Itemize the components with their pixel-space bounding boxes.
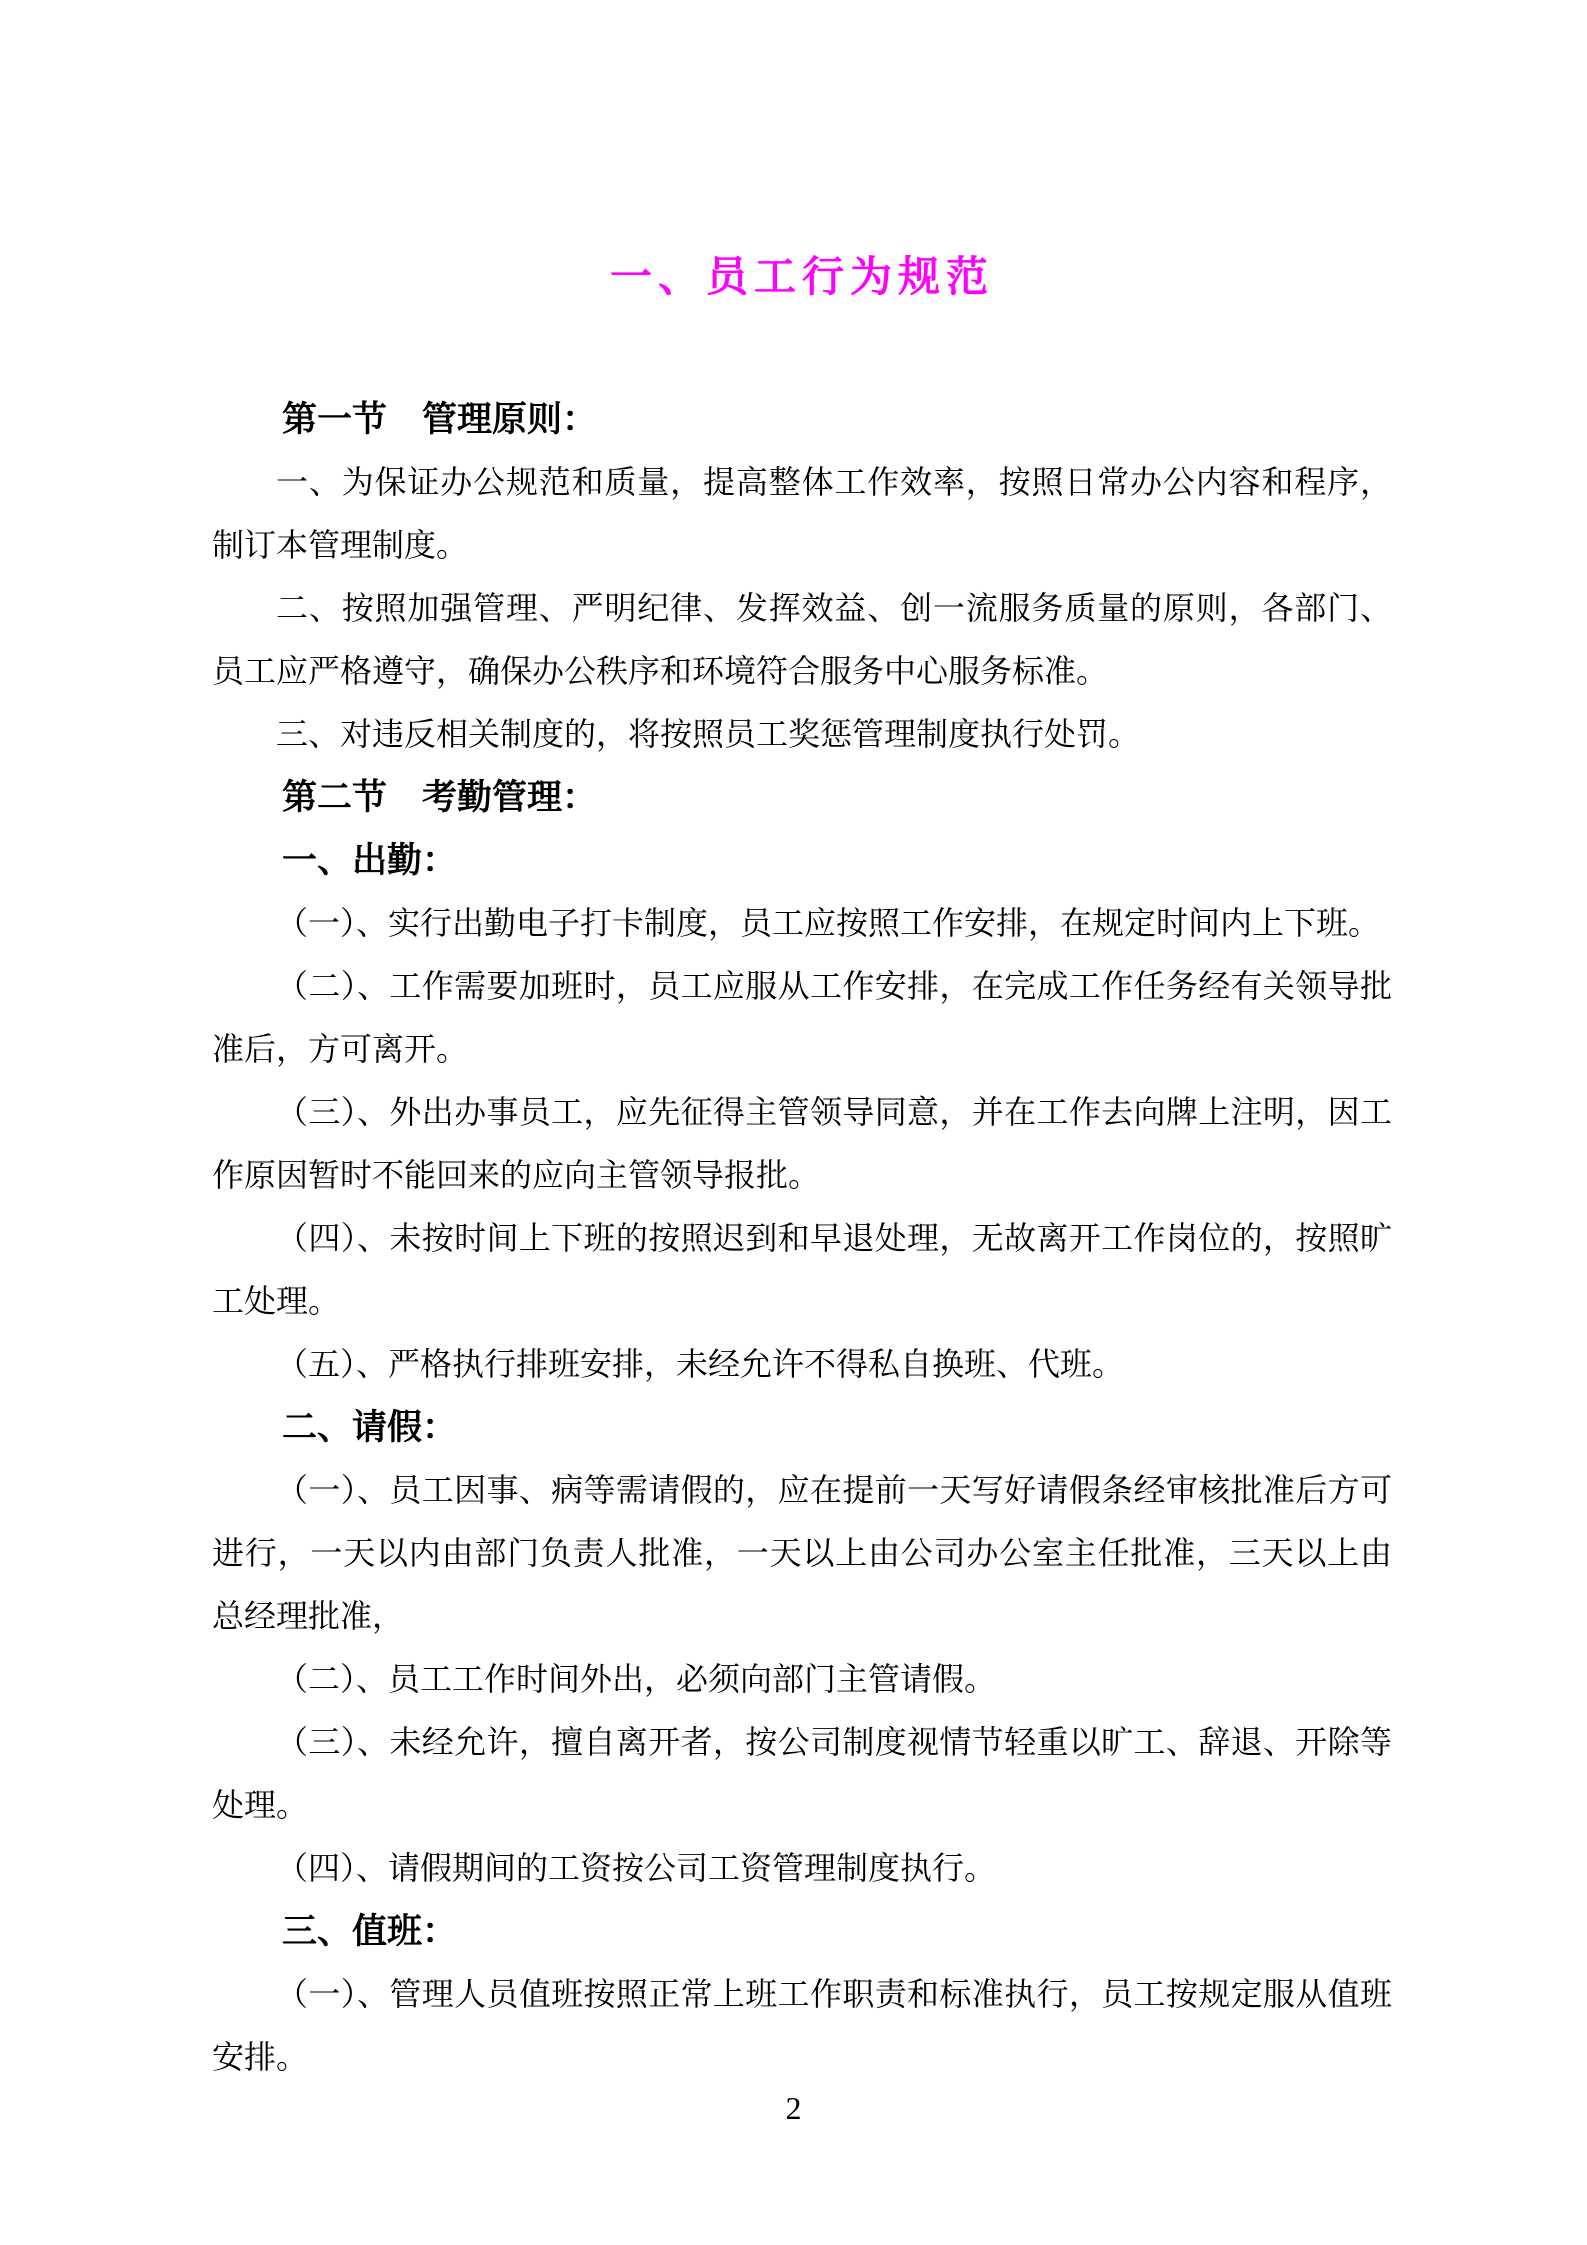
paragraph: （一）、实行出勤电子打卡制度，员工应按照工作安排，在规定时间内上下班。 [212, 892, 1392, 955]
sub-heading: 一、出勤： [212, 829, 1392, 892]
document-content: 第一节 管理原则：一、为保证办公规范和质量，提高整体工作效率，按照日常办公内容和… [212, 388, 1392, 2089]
paragraph: （四）、请假期间的工资按公司工资管理制度执行。 [212, 1837, 1392, 1900]
document-page: 一、员工行为规范 第一节 管理原则：一、为保证办公规范和质量，提高整体工作效率，… [0, 0, 1587, 2245]
paragraph: （二）、工作需要加班时，员工应服从工作安排，在完成工作任务经有关领导批准后，方可… [212, 955, 1392, 1081]
paragraph: （五）、严格执行排班安排，未经允许不得私自换班、代班。 [212, 1333, 1392, 1396]
paragraph: 一、为保证办公规范和质量，提高整体工作效率，按照日常办公内容和程序，制订本管理制… [212, 451, 1392, 577]
paragraph: （一）、管理人员值班按照正常上班工作职责和标准执行，员工按规定服从值班安排。 [212, 1963, 1392, 2089]
section-heading: 第一节 管理原则： [212, 388, 1392, 451]
page-number: 2 [786, 2090, 802, 2126]
paragraph: 二、按照加强管理、严明纪律、发挥效益、创一流服务质量的原则，各部门、员工应严格遵… [212, 577, 1392, 703]
page-footer: 2 [0, 2088, 1587, 2128]
section-heading: 第二节 考勤管理： [212, 766, 1392, 829]
paragraph: （三）、外出办事员工，应先征得主管领导同意，并在工作去向牌上注明，因工作原因暂时… [212, 1081, 1392, 1207]
paragraph: 三、对违反相关制度的，将按照员工奖惩管理制度执行处罚。 [212, 703, 1392, 766]
paragraph: （二）、员工工作时间外出，必须向部门主管请假。 [212, 1648, 1392, 1711]
sub-heading: 二、请假： [212, 1396, 1392, 1459]
paragraph: （一）、员工因事、病等需请假的，应在提前一天写好请假条经审核批准后方可进行，一天… [212, 1459, 1392, 1648]
page-title: 一、员工行为规范 [212, 256, 1392, 300]
sub-heading: 三、值班： [212, 1900, 1392, 1963]
paragraph: （四）、未按时间上下班的按照迟到和早退处理，无故离开工作岗位的，按照旷工处理。 [212, 1207, 1392, 1333]
paragraph: （三）、未经允许，擅自离开者，按公司制度视情节轻重以旷工、辞退、开除等处理。 [212, 1711, 1392, 1837]
